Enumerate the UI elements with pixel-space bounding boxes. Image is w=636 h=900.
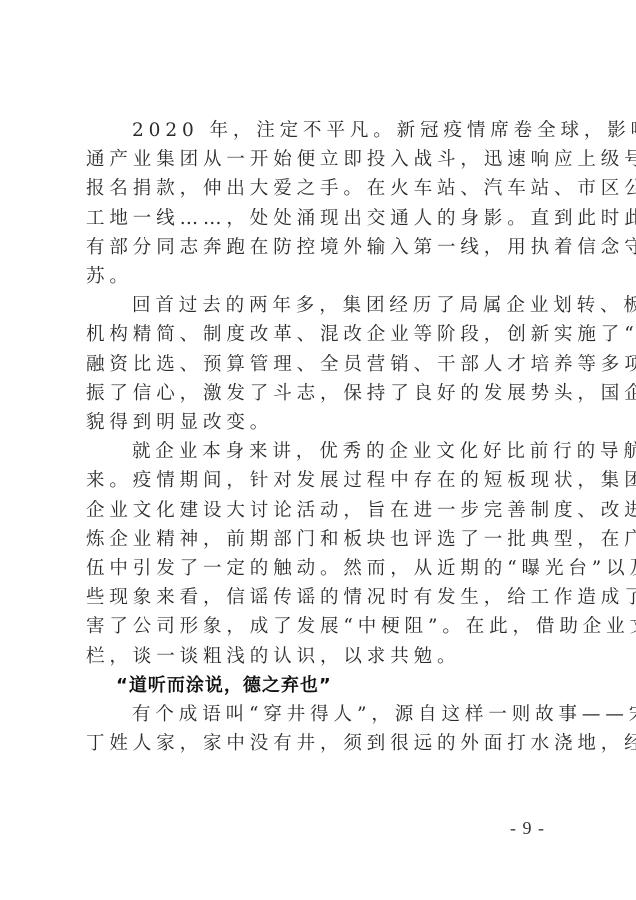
text-line: 融资比选、预算管理、全员营销、干部人才培养等多项举措，提 — [86, 350, 560, 379]
paragraph-2: 回首过去的两年多，集团经历了局属企业划转、板块整合、 机构精简、制度改革、混改企… — [86, 291, 560, 437]
text-line: 工地一线……，处处涌现出交通人的身影。直到此时此刻，仍然 — [86, 204, 560, 233]
text-line: 回首过去的两年多，集团经历了局属企业划转、板块整合、 — [86, 291, 560, 320]
text-line: 苏。 — [86, 262, 560, 291]
text-line: 振了信心，激发了斗志，保持了良好的发展势头，国企的精神面 — [86, 379, 560, 408]
text-line: 炼企业精神，前期部门和板块也评选了一批典型，在广大职工队 — [86, 525, 560, 554]
paragraph-1: 2020 年，注定不平凡。新冠疫情席卷全球，影响至今，交 通产业集团从一开始便立… — [86, 116, 560, 291]
paragraph-3: 就企业本身来讲，优秀的企业文化好比前行的导航，指引未 来。疫情期间，针对发展过程… — [86, 437, 560, 671]
text-line: 伍中引发了一定的触动。然而，从近期的“曝光台”以及身边的一 — [86, 554, 560, 583]
text-line: 通产业集团从一开始便立即投入战斗，迅速响应上级号召，踊跃 — [86, 145, 560, 174]
text-line: 报名捐款，伸出大爱之手。在火车站、汽车站、市区公交、社区、 — [86, 174, 560, 203]
document-page: 2020 年，注定不平凡。新冠疫情席卷全球，影响至今，交 通产业集团从一开始便立… — [0, 0, 636, 900]
text-line: 机构精简、制度改革、混改企业等阶段，创新实施了“双八工程”、 — [86, 320, 560, 349]
text-line: 2020 年，注定不平凡。新冠疫情席卷全球，影响至今，交 — [86, 116, 560, 145]
text-line: 有个成语叫“穿井得人”，源自这样一则故事——宋国有一户 — [86, 700, 560, 729]
body-text: 2020 年，注定不平凡。新冠疫情席卷全球，影响至今，交 通产业集团从一开始便立… — [86, 116, 560, 758]
text-line: 企业文化建设大讨论活动，旨在进一步完善制度、改进作风、提 — [86, 496, 560, 525]
text-line: 貌得到明显改变。 — [86, 408, 560, 437]
text-line: 就企业本身来讲，优秀的企业文化好比前行的导航，指引未 — [86, 437, 560, 466]
section-heading: “道听而涂说，德之弃也” — [86, 671, 560, 700]
text-line: 有部分同志奔跑在防控境外输入第一线，用执着信念守护经济复 — [86, 233, 560, 262]
text-line: 来。疫情期间，针对发展过程中存在的短板现状，集团部署开展 — [86, 466, 560, 495]
text-line: 些现象来看，信谣传谣的情况时有发生，给工作造成了阻碍，损 — [86, 583, 560, 612]
text-line: 丁姓人家，家中没有井，须到很远的外面打水浇地，经常有一个 — [86, 729, 560, 758]
page-number: - 9 - — [510, 818, 545, 839]
text-line: 害了公司形象，成了发展“中梗阻”。在此，借助企业文化建设专 — [86, 612, 560, 641]
heading-text: “道听而涂说，德之弃也” — [86, 671, 560, 700]
paragraph-4: 有个成语叫“穿井得人”，源自这样一则故事——宋国有一户 丁姓人家，家中没有井，须… — [86, 700, 560, 758]
text-line: 栏，谈一谈粗浅的认识，以求共勉。 — [86, 642, 560, 671]
